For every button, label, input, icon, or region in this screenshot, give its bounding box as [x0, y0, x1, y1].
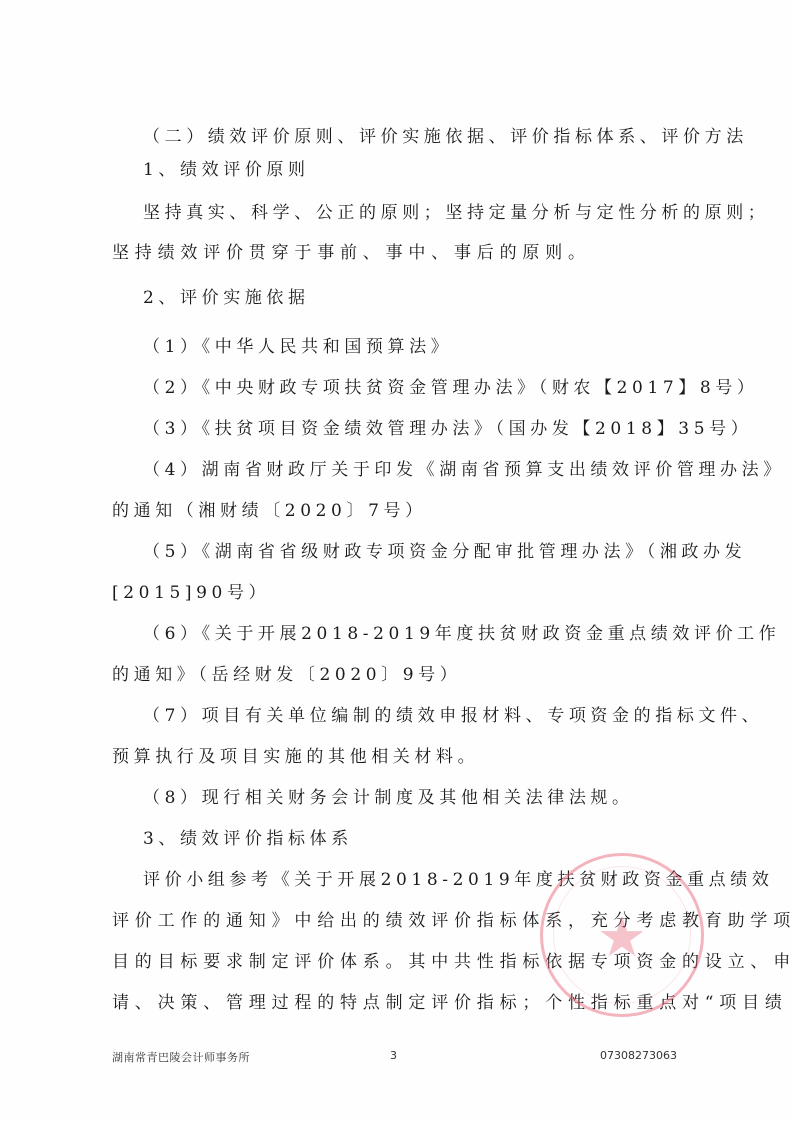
basis-title: 2、评价实施依据	[143, 288, 683, 308]
footer-page-number: 3	[390, 1049, 397, 1062]
indicators-title: 3、绩效评价指标体系	[143, 829, 683, 849]
basis-item-2: （2）《中央财政专项扶贫资金管理办法》（财农【2017】8号）	[143, 378, 683, 398]
basis-item-3: （3）《扶贫项目资金绩效管理办法》（国办发【2018】35号）	[143, 419, 683, 439]
basis-item-4: （4）湖南省财政厅关于印发《湖南省预算支出绩效评价管理办法》	[143, 460, 683, 480]
footer-phone: 07308273063	[600, 1049, 677, 1062]
principles-title: 1、绩效评价原则	[143, 160, 683, 180]
indicators-body-line: 评价工作的通知》中给出的绩效评价指标体系，充分考虑教育助学项	[112, 911, 682, 931]
basis-item-8: （8）现行相关财务会计制度及其他相关法律法规。	[143, 788, 683, 808]
basis-item-5-continued: [2015]90号）	[112, 583, 682, 603]
footer-firm-name: 湖南常青巴陵会计师事务所	[112, 1049, 250, 1065]
basis-item-7: （7）项目有关单位编制的绩效申报材料、专项资金的指标文件、	[143, 706, 683, 726]
indicators-body-line: 评价小组参考《关于开展2018-2019年度扶贫财政资金重点绩效	[143, 870, 683, 890]
basis-item-4-continued: 的通知（湘财绩〔2020〕7号）	[112, 501, 682, 521]
basis-item-6: （6）《关于开展2018-2019年度扶贫财政资金重点绩效评价工作	[143, 624, 683, 644]
basis-item-6-continued: 的通知》（岳经财发〔2020〕9号）	[112, 665, 682, 685]
principles-body-line: 坚持真实、科学、公正的原则；坚持定量分析与定性分析的原则；	[143, 203, 683, 223]
indicators-body-line: 目的目标要求制定评价体系。其中共性指标依据专项资金的设立、申	[112, 952, 682, 972]
section-heading: （二）绩效评价原则、评价实施依据、评价指标体系、评价方法	[143, 127, 683, 147]
document-page: （二）绩效评价原则、评价实施依据、评价指标体系、评价方法 1、绩效评价原则 坚持…	[0, 0, 793, 1121]
basis-item-5: （5）《湖南省省级财政专项资金分配审批管理办法》（湘政办发	[143, 542, 683, 562]
principles-body-line: 坚持绩效评价贯穿于事前、事中、事后的原则。	[112, 243, 682, 263]
indicators-body-line: 请、决策、管理过程的特点制定评价指标；个性指标重点对“项目绩	[112, 993, 682, 1013]
basis-item-7-continued: 预算执行及项目实施的其他相关材料。	[112, 747, 682, 767]
basis-item-1: （1）《中华人民共和国预算法》	[143, 337, 683, 357]
